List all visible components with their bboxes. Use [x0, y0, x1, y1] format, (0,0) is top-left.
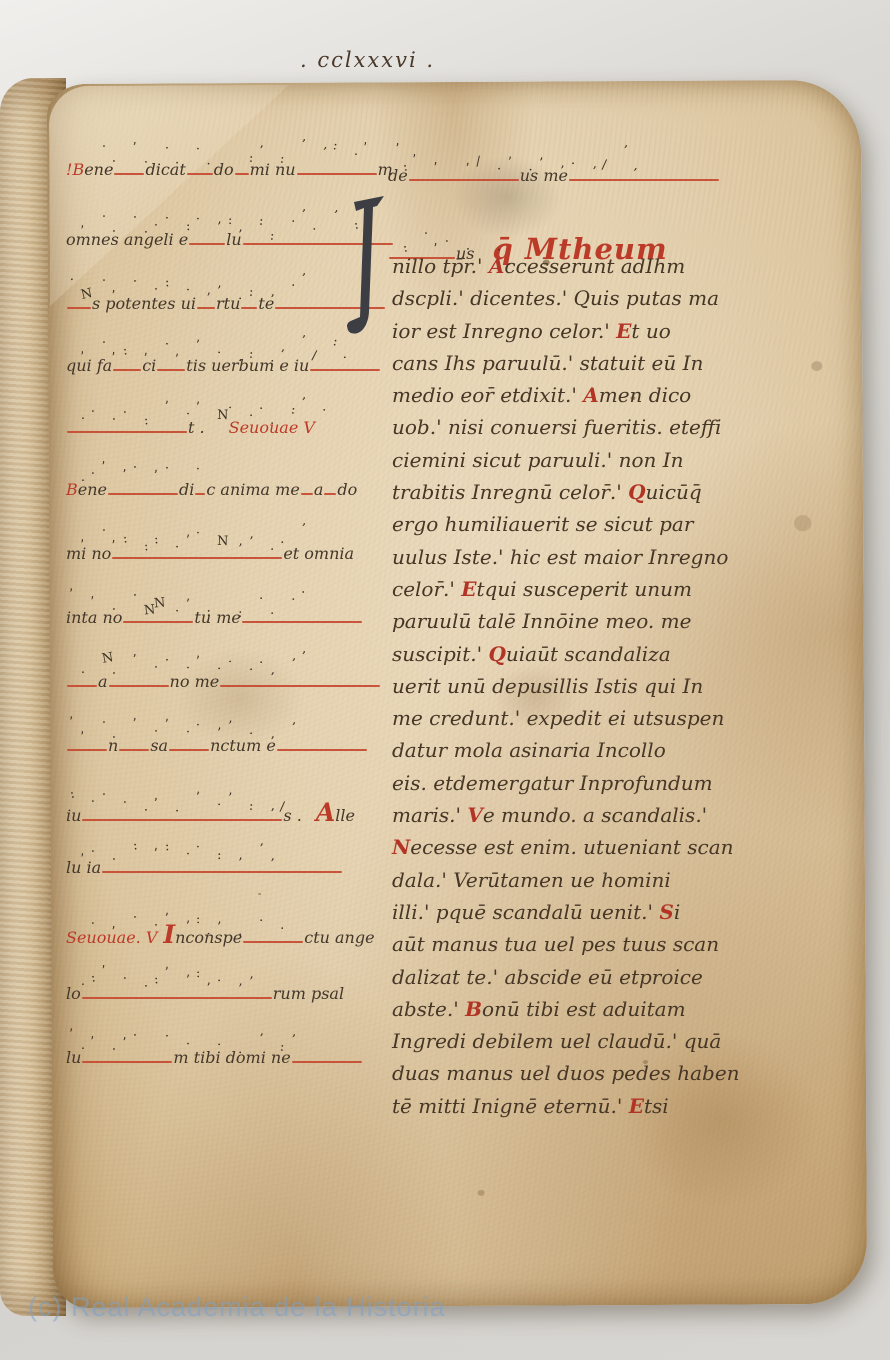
- neume-row: · ’ · ·’ ’:·’ · · ·: [70, 919, 291, 934]
- prose-text: i: [674, 900, 680, 924]
- prose-text: uob.' nisi conuersi fueritis. eteffi: [392, 415, 721, 439]
- prose-text: suscipit.': [392, 642, 488, 666]
- chant-line: ’· · : ’: ·· : ’ ’’lu ia: [66, 858, 343, 877]
- watermark: (c) Real Academia de la Historia: [28, 1292, 446, 1323]
- melisma-line: [123, 621, 193, 623]
- prose-line: celor̄.' Etqui susceperit unum: [392, 573, 728, 605]
- prose-line: datur mola asinaria Incollo: [392, 734, 728, 766]
- neume-row: ·N ·’ · ·: · ’’ ·: ’ ·’: [70, 283, 312, 298]
- chant-syllable: a: [314, 480, 324, 499]
- melisma-line: [277, 749, 367, 751]
- prose-text: paruulū talē Innōine meo. me: [392, 609, 691, 633]
- chant-line: ·:’ · ·:’ ’:’· ’’ lorum psal: [66, 984, 344, 1003]
- neume-row: ·· ·· : ’ ·’ N· ··· :’ ·: [70, 407, 333, 422]
- chant-line: · N· ’ ·· ·’ ·· ··’ ’’ano me: [66, 672, 381, 691]
- prose-text: trabitis Inregnū celor̄.': [392, 480, 628, 504]
- prose-line: ergo humiliauerit se sicut par: [392, 508, 728, 540]
- melisma-line: [108, 493, 178, 495]
- prose-line: Ingredi debilem uel claudū.' quā: [392, 1025, 728, 1057]
- prose-line: maris.' Ve mundo. a scandalis.': [392, 799, 728, 831]
- chant-line: ·N ·’ · ·: · ’’ ·: ’ ·’s potentes uirtut…: [66, 294, 386, 313]
- prose-text: cans Ihs paruulū.' statuit eū In: [392, 351, 703, 375]
- neume-row: ’ ·’: ’ ·’ ’ · ·: :’ ’/ :·: [70, 345, 354, 360]
- rubricated-initial: S: [659, 900, 673, 924]
- prose-line: uulus Iste.' hic est maior Inregno: [392, 541, 728, 573]
- rubricated-initial: A: [583, 383, 599, 407]
- prose-text: medio eor̄ etdixit.': [392, 383, 583, 407]
- melisma-line: [301, 493, 313, 495]
- neume-row: : ·’· · ·: [392, 236, 508, 251]
- prose-line: uerit unū depusillis Istis qui In: [392, 670, 728, 702]
- chant-syllable: A: [316, 798, 335, 827]
- chant-line: ’ ’ · ·NN ·’ : : ·· ··inta notu me: [66, 608, 363, 627]
- melisma-line: [569, 179, 719, 181]
- manuscript-photo: . cclxxxvi . ·· ’· ·· ·· :’ : ’ ’: ·’ ’!…: [0, 0, 890, 1360]
- neume-row: ’’ ·· ’ ·’ ·· ’’ · ’ ’: [70, 725, 301, 740]
- chant-line: · ’ · ·’ ’:·’ · · ·Seuouae. VInconspectu…: [66, 920, 375, 949]
- prose-text: men dico: [599, 383, 691, 407]
- melisma-line: [169, 749, 209, 751]
- prose-line: uob.' nisi conuersi fueritis. eteffi: [392, 411, 728, 443]
- melisma-line: [102, 871, 342, 873]
- melisma-line: [242, 621, 362, 623]
- neume-row: ’· · : ’: ·· : ’ ’’: [70, 847, 280, 862]
- prose-text: me credunt.' expedit ei utsuspen: [392, 706, 724, 730]
- melisma-line: [112, 557, 282, 559]
- melisma-line: [119, 749, 149, 751]
- prose-text: duas manus uel duos pedes haben: [392, 1061, 740, 1085]
- initial-I: [344, 194, 392, 346]
- melisma-line: [324, 493, 336, 495]
- prose-text: uiaūt scandaliza: [506, 642, 671, 666]
- prose-line: Necesse est enim. utueniant scan: [392, 831, 728, 863]
- prose-text: t uo: [631, 319, 670, 343]
- prose-text: Ingredi debilem uel claudū.' quā: [392, 1029, 721, 1053]
- prose-text: datur mola asinaria Incollo: [392, 738, 666, 762]
- melisma-line: [114, 173, 144, 175]
- chant-line: ·· ·· : ’ ·’ N· ··· :’ ·t .Seuouae V: [66, 418, 315, 437]
- rubricated-initial: A: [489, 254, 505, 278]
- prose-line: medio eor̄ etdixit.' Amen dico: [392, 379, 728, 411]
- chant-syllable: c anima me: [206, 480, 299, 499]
- rubricated-initial: Q: [628, 480, 645, 504]
- prose-text: nillo tp̄r.': [392, 254, 489, 278]
- chant-line: : ·· · ·’ · ’ ·’ : ’/ius .Alle: [66, 798, 355, 827]
- prose-line: suscipit.' Quiaūt scandaliza: [392, 638, 728, 670]
- chant-line: ·· ’· ·· ·· :’ : ’ ’: ·’ ’!Benedicatdomi…: [66, 160, 393, 179]
- chant-syllable: rum psal: [273, 984, 344, 1003]
- prose-text: ergo humiliauerit se sicut par: [392, 512, 693, 536]
- prose-text: aūt manus tua uel pes tuus scan: [392, 932, 719, 956]
- prose-text: uerit unū depusillis Istis qui In: [392, 674, 703, 698]
- prose-line: duas manus uel duos pedes haben: [392, 1057, 728, 1089]
- gospel-text-column: nillo tp̄r.' Accesserunt adIhmdscpli.' d…: [392, 250, 728, 1122]
- melisma-line: [82, 819, 282, 821]
- melisma-line: [241, 307, 257, 309]
- prose-text: eis. etdemergatur Inprofundum: [392, 771, 713, 795]
- melisma-line: [235, 173, 249, 175]
- rubricated-initial: B: [465, 997, 482, 1021]
- prose-text: dscpli.' dicentes.' Quis putas ma: [392, 286, 719, 310]
- prose-text: tē mitti Inignē eternū.': [392, 1094, 629, 1118]
- prose-text: tsi: [644, 1094, 669, 1118]
- prose-line: aūt manus tua uel pes tuus scan: [392, 928, 728, 960]
- rubricated-initial: N: [392, 835, 410, 859]
- prose-text: celor̄.': [392, 577, 461, 601]
- prose-line: dalizat te.' abscide eū etproice: [392, 961, 728, 993]
- chant-line: ’ ·’: ’ ·’ ’ · ·: :’ ’/ :·qui facitis ue…: [66, 356, 381, 375]
- melisma-line: [82, 997, 272, 999]
- prose-text: ccesserunt adIhm: [504, 254, 685, 278]
- folio-number: . cclxxxvi .: [300, 48, 435, 72]
- neume-row: ··’ ’· ’· ·: [70, 469, 207, 484]
- neume-row: : ·· · ·’ · ’ ·’ : ’/: [70, 797, 291, 812]
- melisma-line: [310, 369, 380, 371]
- prose-line: ciemini sicut paruuli.' non In: [392, 444, 728, 476]
- melisma-line: [243, 941, 303, 943]
- prose-text: uulus Iste.' hic est maior Inregno: [392, 545, 728, 569]
- page-content: . cclxxxvi . ·· ’· ·· ·· :’ : ’ ’: ·’ ’!…: [0, 0, 890, 1360]
- prose-text: maris.': [392, 803, 467, 827]
- melisma-line: [189, 243, 225, 245]
- melisma-line: [297, 173, 377, 175]
- melisma-line: [67, 431, 187, 433]
- prose-text: ciemini sicut paruuli.' non In: [392, 448, 684, 472]
- prose-line: nillo tp̄r.' Accesserunt adIhm: [392, 250, 728, 282]
- melisma-line: [187, 173, 213, 175]
- prose-text: ecesse est enim. utueniant scan: [410, 835, 733, 859]
- chant-line: ’ ·’: :: ·’· N ’’ ·· ’mi noet omnia: [66, 544, 354, 563]
- prose-line: dscpli.' dicentes.' Quis putas ma: [392, 282, 728, 314]
- prose-text: uicūq̄: [646, 480, 702, 504]
- prose-text: illi.' pquē scandalū uenit.': [392, 900, 659, 924]
- melisma-line: [292, 1061, 362, 1063]
- melisma-line: [197, 307, 215, 309]
- prose-line: me credunt.' expedit ei utsuspen: [392, 702, 728, 734]
- prose-text: ior est Inregno celor.': [392, 319, 616, 343]
- neume-row: ’·’ ·’· · · · · ’ :’: [70, 1037, 312, 1052]
- rubricated-initial: E: [616, 319, 631, 343]
- rubricated-initial: V: [467, 803, 483, 827]
- rubricated-initial: E: [629, 1094, 644, 1118]
- chant-line: ’·’ ·’· · · · · ’ :’ lum tibi domi ne: [66, 1048, 363, 1067]
- melisma-line: [109, 685, 169, 687]
- prose-line: trabitis Inregnū celor̄.' Quicūq̄: [392, 476, 728, 508]
- prose-line: paruulū talē Innōine meo. me: [392, 605, 728, 637]
- melisma-line: [67, 307, 91, 309]
- chant-line: ··’ ’· ’· ·Benedic anima meado: [66, 480, 357, 499]
- melisma-line: [67, 749, 107, 751]
- prose-text: e mundo. a scandalis.': [483, 803, 707, 827]
- prose-line: ior est Inregno celor.' Et uo: [392, 315, 728, 347]
- neume-row: ·· ’· ·· ·· :’ : ’ ’: ·’ ’: [70, 149, 406, 164]
- neume-row: ’ ·’: :: ·’· N ’’ ·· ’: [70, 533, 312, 548]
- prose-line: dala.' Verūtamen ue homini: [392, 864, 728, 896]
- melisma-line: [220, 685, 380, 687]
- melisma-line: [195, 493, 205, 495]
- melisma-line: [82, 1061, 172, 1063]
- prose-text: dala.' Verūtamen ue homini: [392, 868, 671, 892]
- neume-row: ·:’ · ·:’ ’:’· ’’: [70, 973, 270, 988]
- chant-line: :’ ’ ’/ ·’ ·’ ’· ’/ ’,deus me: [388, 166, 720, 185]
- melisma-line: [67, 685, 97, 687]
- prose-line: eis. etdemergatur Inprofundum: [392, 767, 728, 799]
- chant-syllable: ctu ange: [304, 928, 374, 947]
- chant-syllable: do: [337, 480, 357, 499]
- chant-line: ’’ ·· ’ ·’ ·· ’’ · ’ ’nsanctum e: [66, 736, 368, 755]
- rubricated-initial: E: [461, 577, 476, 601]
- prose-text: onū tibi est aduitam: [482, 997, 686, 1021]
- neume-row: ’ ’ · ·NN ·’ : : ·· ··: [70, 597, 312, 612]
- prose-text: tqui susceperit unum: [477, 577, 693, 601]
- rubricated-initial: Q: [488, 642, 505, 666]
- melisma-line: [157, 369, 185, 371]
- prose-text: abste.': [392, 997, 465, 1021]
- prose-line: tē mitti Inignē eternū.' Etsi: [392, 1090, 728, 1122]
- prose-line: cans Ihs paruulū.' statuit eū In: [392, 347, 728, 379]
- neume-row: · N· ’ ·· ·’ ·· ··’ ’’: [70, 661, 312, 676]
- prose-line: abste.' Bonū tibi est aduitam: [392, 993, 728, 1025]
- prose-line: illi.' pquē scandalū uenit.' Si: [392, 896, 728, 928]
- chant-syllable: lle: [335, 806, 355, 825]
- prose-text: dalizat te.' abscide eū etproice: [392, 965, 703, 989]
- melisma-line: [113, 369, 141, 371]
- melisma-line: [409, 179, 519, 181]
- neume-row: :’ ’ ’/ ·’ ·’ ’· ’/ ’,: [392, 155, 644, 170]
- neume-row: ’ ·· ···· :· ’:’ :: ·’· ’ :: [70, 219, 364, 234]
